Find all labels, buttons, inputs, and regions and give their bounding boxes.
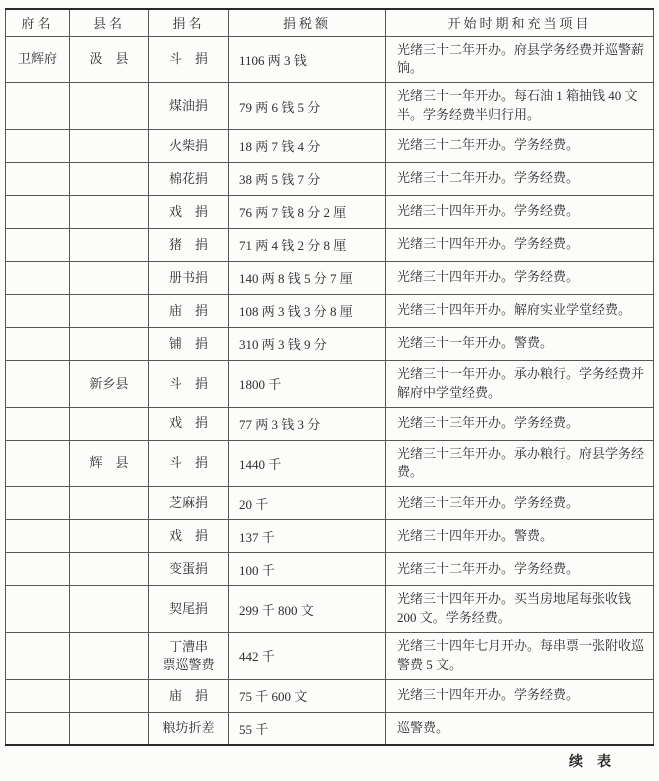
cell-amount: 1106 两 3 钱 (229, 36, 386, 83)
table-row: 煤油捐79 两 6 钱 5 分光绪三十一年开办。每石油 1 箱抽钱 40 文半。… (6, 83, 654, 130)
table-row: 契尾捐299 千 800 文光绪三十四年开办。买当房地尾每张收钱 200 文。学… (6, 586, 654, 633)
column-header-prefecture: 府名 (6, 9, 70, 36)
cell-fu (6, 83, 70, 130)
table-row: 辉 县斗 捐1440 千光绪三十三年开办。承办粮行。府县学务经费。 (6, 440, 654, 487)
cell-xian (70, 261, 149, 294)
cell-fu (6, 195, 70, 228)
cell-desc: 光绪三十二年开办。学务经费。 (386, 553, 654, 586)
cell-xian (70, 195, 149, 228)
cell-xian (70, 162, 149, 195)
table-row: 芝麻捐20 千光绪三十三年开办。学务经费。 (6, 487, 654, 520)
cell-fu (6, 261, 70, 294)
cell-juan: 庙 捐 (149, 679, 229, 712)
cell-fu (6, 440, 70, 487)
cell-fu (6, 712, 70, 745)
cell-fu (6, 520, 70, 553)
cell-fu (6, 586, 70, 633)
cell-desc: 光绪三十一年开办。承办粮行。学务经费并解府中学堂经费。 (386, 360, 654, 407)
table-row: 戏 捐137 千光绪三十四年开办。警费。 (6, 520, 654, 553)
cell-amount: 20 千 (229, 487, 386, 520)
cell-desc: 光绪三十三年开办。学务经费。 (386, 487, 654, 520)
cell-juan: 册书捐 (149, 261, 229, 294)
cell-juan: 猪 捐 (149, 228, 229, 261)
cell-amount: 1800 千 (229, 360, 386, 407)
cell-amount: 140 两 8 钱 5 分 7 厘 (229, 261, 386, 294)
cell-xian (70, 632, 149, 679)
cell-juan: 斗 捐 (149, 36, 229, 83)
cell-xian (70, 520, 149, 553)
cell-fu (6, 632, 70, 679)
cell-desc: 光绪三十四年开办。警费。 (386, 520, 654, 553)
cell-xian (70, 327, 149, 360)
cell-amount: 1440 千 (229, 440, 386, 487)
cell-fu (6, 327, 70, 360)
cell-desc: 光绪三十一年开办。每石油 1 箱抽钱 40 文半。学务经费半归行用。 (386, 83, 654, 130)
table-row: 粮坊折差55 千巡警费。 (6, 712, 654, 745)
cell-xian (70, 553, 149, 586)
table-row: 戏 捐77 两 3 钱 3 分光绪三十三年开办。学务经费。 (6, 407, 654, 440)
scanned-document-page: 府名 县名 捐名 捐税额 开始时期和充当项目 卫辉府汲 县斗 捐1106 两 3… (0, 8, 659, 781)
cell-amount: 38 两 5 钱 7 分 (229, 162, 386, 195)
cell-amount: 55 千 (229, 712, 386, 745)
cell-juan: 斗 捐 (149, 360, 229, 407)
column-header-county: 县名 (70, 9, 149, 36)
donation-tax-table: 府名 县名 捐名 捐税额 开始时期和充当项目 卫辉府汲 县斗 捐1106 两 3… (5, 8, 654, 746)
cell-xian (70, 712, 149, 745)
cell-juan: 丁漕串 票巡警费 (149, 632, 229, 679)
cell-amount: 310 两 3 钱 9 分 (229, 327, 386, 360)
table-row: 庙 捐108 两 3 钱 3 分 8 厘光绪三十四年开办。解府实业学堂经费。 (6, 294, 654, 327)
table-row: 册书捐140 两 8 钱 5 分 7 厘光绪三十四年开办。学务经费。 (6, 261, 654, 294)
cell-xian: 汲 县 (70, 36, 149, 83)
cell-desc: 巡警费。 (386, 712, 654, 745)
cell-fu (6, 294, 70, 327)
cell-desc: 光绪三十三年开办。承办粮行。府县学务经费。 (386, 440, 654, 487)
cell-amount: 76 两 7 钱 8 分 2 厘 (229, 195, 386, 228)
cell-fu (6, 407, 70, 440)
cell-amount: 77 两 3 钱 3 分 (229, 407, 386, 440)
table-row: 火柴捐18 两 7 钱 4 分光绪三十二年开办。学务经费。 (6, 129, 654, 162)
cell-desc: 光绪三十二年开办。学务经费。 (386, 129, 654, 162)
table-row: 猪 捐71 两 4 钱 2 分 8 厘光绪三十四年开办。学务经费。 (6, 228, 654, 261)
cell-juan: 斗 捐 (149, 440, 229, 487)
table-row: 变蛋捐100 千光绪三十二年开办。学务经费。 (6, 553, 654, 586)
cell-desc: 光绪三十二年开办。学务经费。 (386, 162, 654, 195)
table-body: 卫辉府汲 县斗 捐1106 两 3 钱光绪三十二年开办。府县学务经费并巡警薪饷。… (6, 36, 654, 745)
cell-amount: 79 两 6 钱 5 分 (229, 83, 386, 130)
cell-juan: 戏 捐 (149, 195, 229, 228)
cell-xian (70, 407, 149, 440)
cell-desc: 光绪三十三年开办。学务经费。 (386, 407, 654, 440)
table-row: 新乡县斗 捐1800 千光绪三十一年开办。承办粮行。学务经费并解府中学堂经费。 (6, 360, 654, 407)
cell-amount: 442 千 (229, 632, 386, 679)
cell-xian (70, 228, 149, 261)
cell-juan: 契尾捐 (149, 586, 229, 633)
cell-desc: 光绪三十四年开办。解府实业学堂经费。 (386, 294, 654, 327)
cell-desc: 光绪三十四年开办。买当房地尾每张收钱 200 文。学务经费。 (386, 586, 654, 633)
cell-juan: 变蛋捐 (149, 553, 229, 586)
table-row: 卫辉府汲 县斗 捐1106 两 3 钱光绪三十二年开办。府县学务经费并巡警薪饷。 (6, 36, 654, 83)
table-row: 棉花捐38 两 5 钱 7 分光绪三十二年开办。学务经费。 (6, 162, 654, 195)
cell-xian: 辉 县 (70, 440, 149, 487)
cell-juan: 芝麻捐 (149, 487, 229, 520)
cell-juan: 铺 捐 (149, 327, 229, 360)
cell-xian (70, 294, 149, 327)
cell-juan: 粮坊折差 (149, 712, 229, 745)
cell-amount: 18 两 7 钱 4 分 (229, 129, 386, 162)
cell-juan: 火柴捐 (149, 129, 229, 162)
cell-fu (6, 553, 70, 586)
cell-desc: 光绪三十一年开办。警费。 (386, 327, 654, 360)
table-header: 府名 县名 捐名 捐税额 开始时期和充当项目 (6, 9, 654, 36)
cell-juan: 戏 捐 (149, 407, 229, 440)
cell-xian (70, 586, 149, 633)
cell-xian (70, 129, 149, 162)
cell-amount: 299 千 800 文 (229, 586, 386, 633)
cell-desc: 光绪三十四年开办。学务经费。 (386, 261, 654, 294)
cell-desc: 光绪三十二年开办。府县学务经费并巡警薪饷。 (386, 36, 654, 83)
column-header-levy-amount: 捐税额 (229, 9, 386, 36)
cell-xian (70, 487, 149, 520)
cell-amount: 100 千 (229, 553, 386, 586)
continued-table-note: 续 表 (5, 751, 653, 771)
table-row: 丁漕串 票巡警费442 千光绪三十四年七月开办。每串票一张附收巡警费 5 文。 (6, 632, 654, 679)
cell-desc: 光绪三十四年开办。学务经费。 (386, 228, 654, 261)
cell-juan: 棉花捐 (149, 162, 229, 195)
cell-amount: 71 两 4 钱 2 分 8 厘 (229, 228, 386, 261)
cell-xian: 新乡县 (70, 360, 149, 407)
cell-fu (6, 679, 70, 712)
table-row: 戏 捐76 两 7 钱 8 分 2 厘光绪三十四年开办。学务经费。 (6, 195, 654, 228)
cell-amount: 75 千 600 文 (229, 679, 386, 712)
cell-desc: 光绪三十四年七月开办。每串票一张附收巡警费 5 文。 (386, 632, 654, 679)
cell-desc: 光绪三十四年开办。学务经费。 (386, 195, 654, 228)
cell-desc: 光绪三十四年开办。学务经费。 (386, 679, 654, 712)
cell-juan: 煤油捐 (149, 83, 229, 130)
column-header-start-period: 开始时期和充当项目 (386, 9, 654, 36)
cell-fu (6, 228, 70, 261)
cell-xian (70, 83, 149, 130)
cell-fu (6, 129, 70, 162)
cell-juan: 戏 捐 (149, 520, 229, 553)
cell-xian (70, 679, 149, 712)
cell-juan: 庙 捐 (149, 294, 229, 327)
table-row: 铺 捐310 两 3 钱 9 分光绪三十一年开办。警费。 (6, 327, 654, 360)
cell-amount: 137 千 (229, 520, 386, 553)
cell-amount: 108 两 3 钱 3 分 8 厘 (229, 294, 386, 327)
header-row: 府名 县名 捐名 捐税额 开始时期和充当项目 (6, 9, 654, 36)
table-row: 庙 捐75 千 600 文光绪三十四年开办。学务经费。 (6, 679, 654, 712)
cell-fu (6, 487, 70, 520)
column-header-levy-name: 捐名 (149, 9, 229, 36)
cell-fu: 卫辉府 (6, 36, 70, 83)
cell-fu (6, 360, 70, 407)
cell-fu (6, 162, 70, 195)
